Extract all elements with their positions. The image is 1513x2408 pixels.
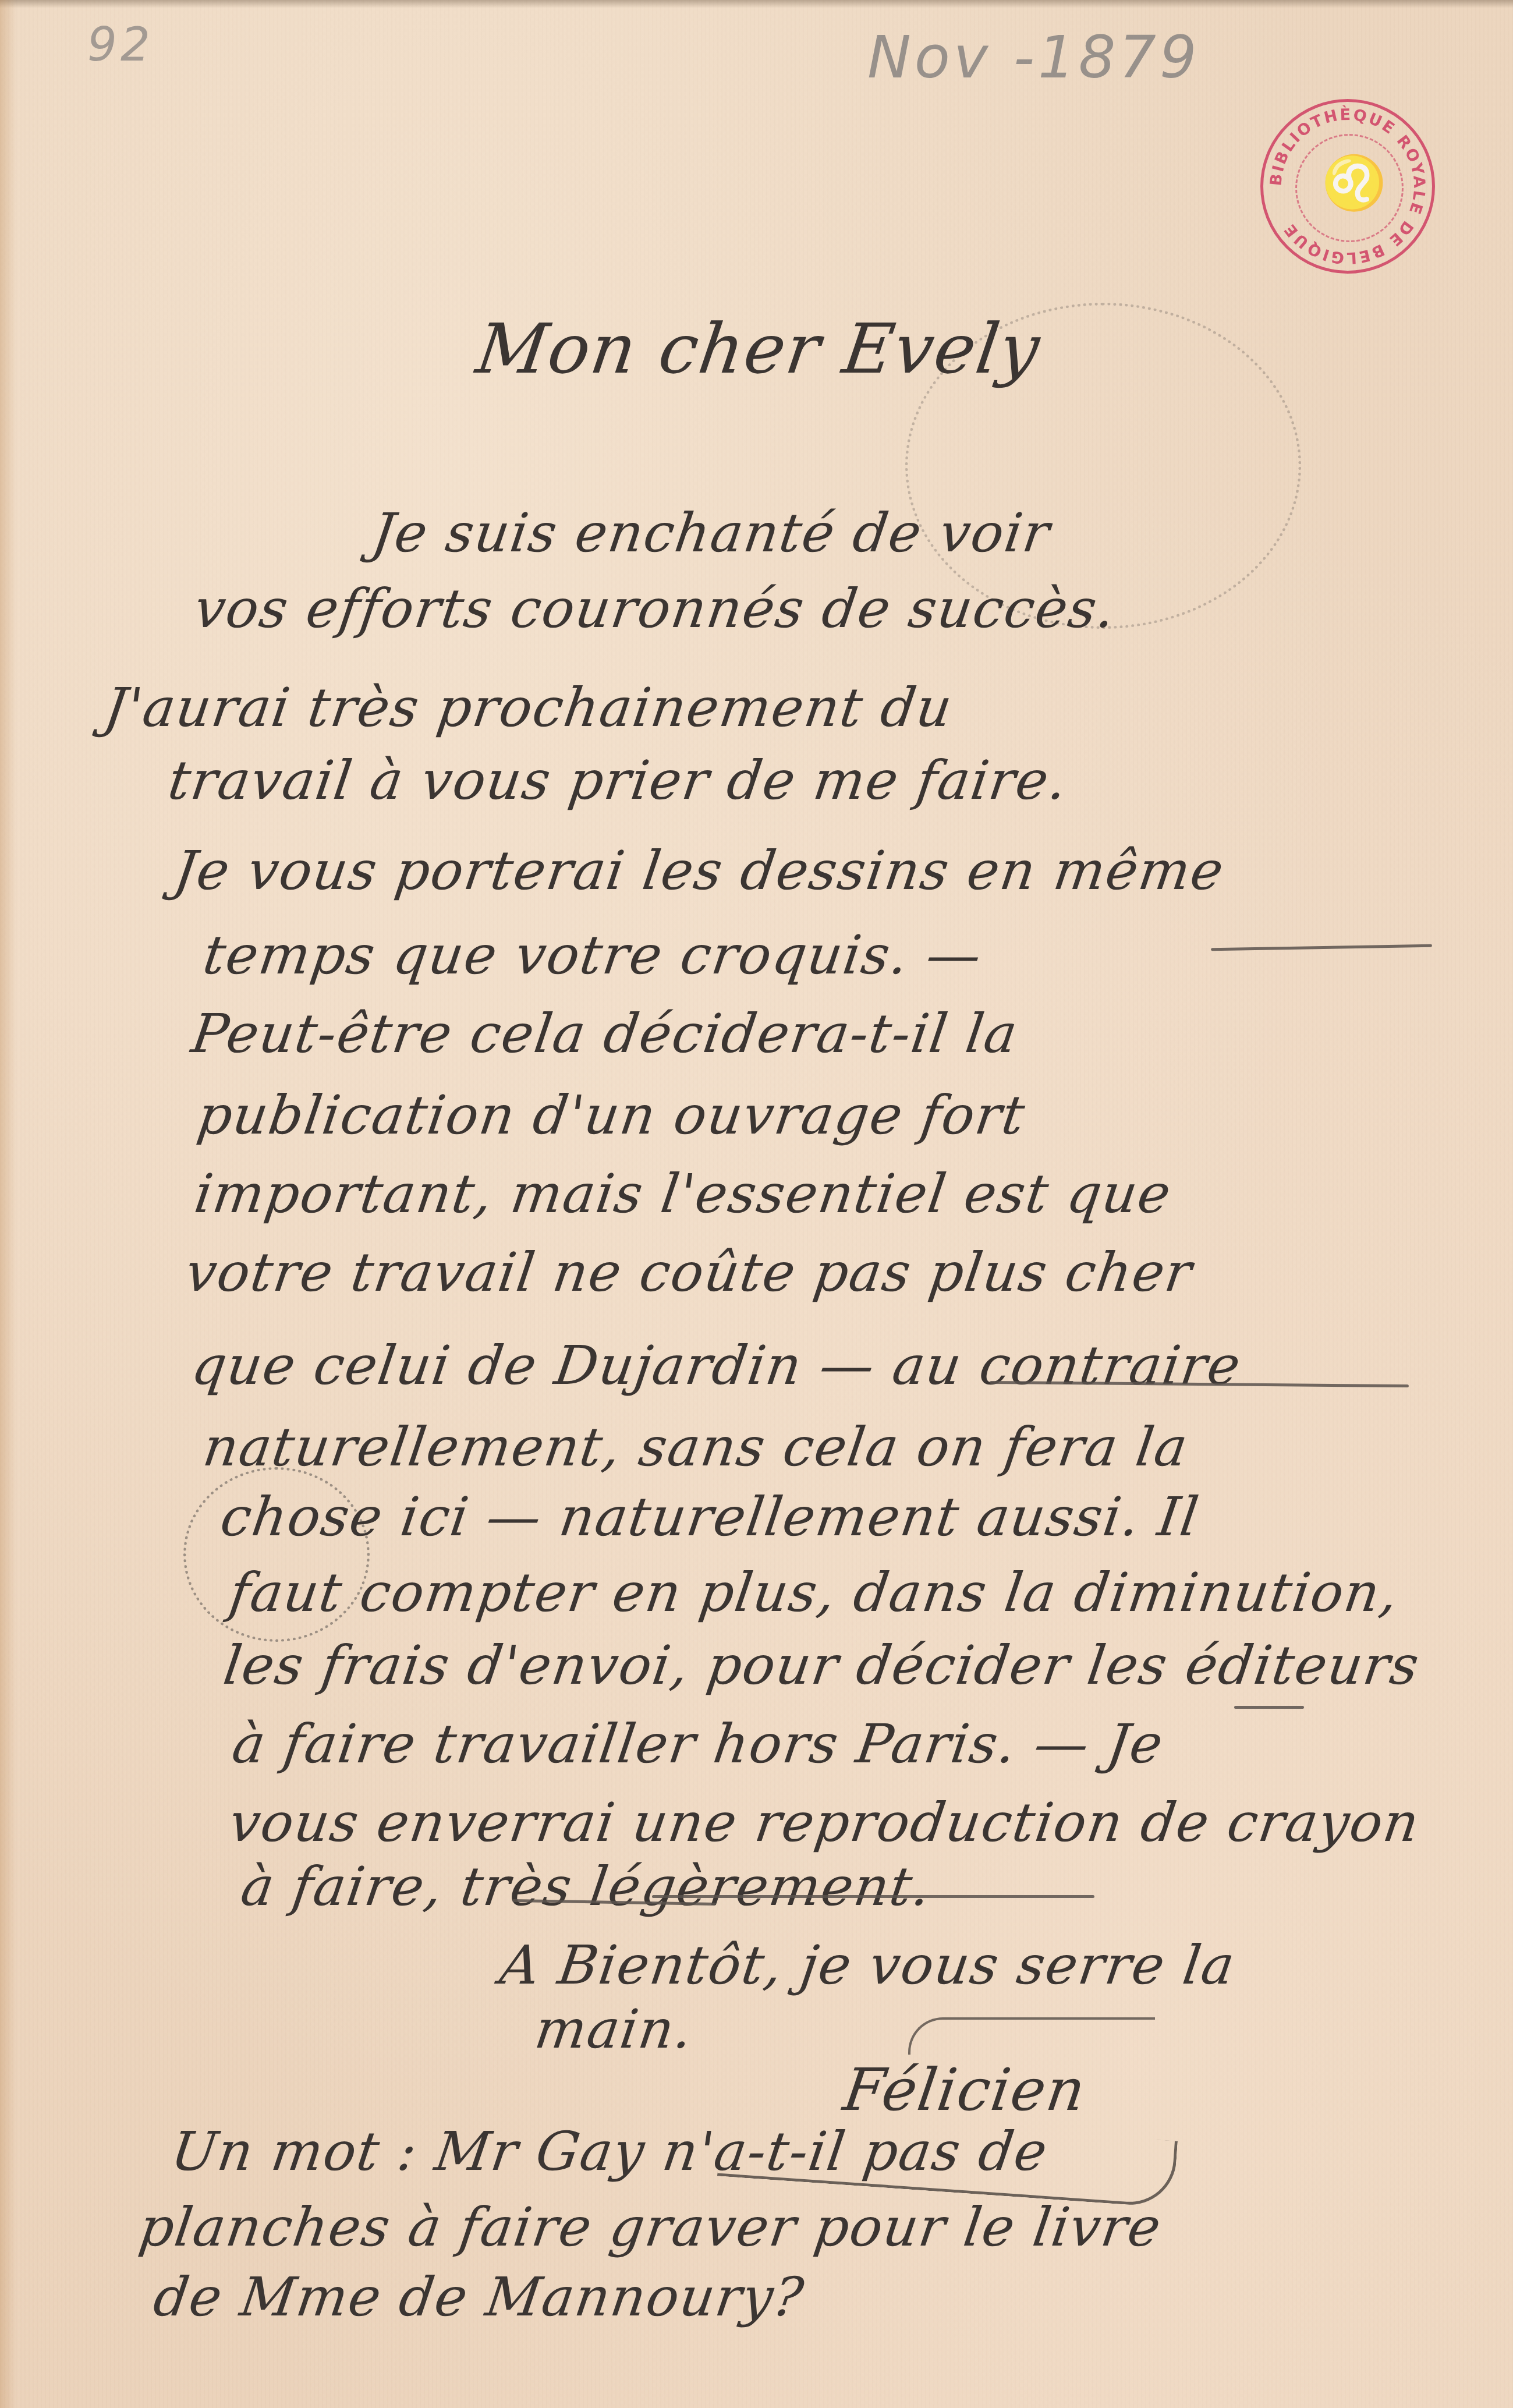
letter-line: Je suis enchanté de voir: [369, 507, 1054, 560]
letter-line: chose ici — naturellement aussi. Il: [218, 1490, 1203, 1544]
postscript-line: planches à faire graver pour le livre: [136, 2201, 1165, 2254]
signature-flourish: [908, 2017, 1155, 2055]
letter-line: à faire travailler hors Paris. — Je: [229, 1718, 1167, 1771]
dash-stroke: [1211, 944, 1432, 951]
page-edge-left: [0, 0, 16, 2408]
letter-line: temps que votre croquis. —: [200, 929, 986, 982]
dash-stroke: [1234, 1706, 1304, 1709]
letter-line: travail à vous prier de me faire.: [165, 754, 1071, 808]
folio-number: 92: [87, 17, 154, 72]
salutation: Mon cher Evely: [473, 314, 1045, 383]
letter-line: Je vous porterai les dessins en même: [171, 844, 1228, 898]
letter-line: faut compter en plus, dans la diminution…: [226, 1566, 1402, 1620]
library-stamp: BIBLIOTHÈQUE ROYALE DE BELGIQUE ♌: [1260, 99, 1435, 274]
page-edge-top: [0, 0, 1513, 8]
letter-line: J'aurai très prochainement du: [101, 681, 956, 735]
letter-line: à faire, très légèrement.: [238, 1860, 935, 1914]
closing-line: main.: [532, 2003, 697, 2056]
letter-line: votre travail ne coûte pas plus cher: [183, 1246, 1196, 1299]
letter-line: vous enverrai une reproduction de crayon: [226, 1796, 1423, 1850]
postscript-line: Un mot : Mr Gay n'a-t-il pas de: [168, 2125, 1051, 2179]
closing-line: A Bientôt, je vous serre la: [497, 1939, 1239, 1992]
letter-line: publication d'un ouvrage fort: [194, 1089, 1029, 1142]
postscript-line: de Mme de Mannoury?: [151, 2271, 808, 2324]
letter-line: important, mais l'essentiel est que: [192, 1167, 1175, 1221]
lion-icon: ♌: [1321, 157, 1387, 210]
letter-line: Peut-être cela décidera-t-il la: [189, 1007, 1022, 1061]
letter-page: 92 Nov -1879 BIBLIOTHÈQUE ROYALE DE BELG…: [0, 0, 1513, 2408]
letter-line: les frais d'envoi, pour décider les édit…: [221, 1639, 1423, 1692]
dash-stroke: [652, 1895, 1094, 1898]
letter-line: vos efforts couronnés de succès.: [192, 582, 1119, 636]
letter-line: naturellement, sans cela on fera la: [200, 1421, 1192, 1474]
signature: Félicien: [840, 2061, 1090, 2119]
date-annotation: Nov -1879: [867, 23, 1200, 91]
